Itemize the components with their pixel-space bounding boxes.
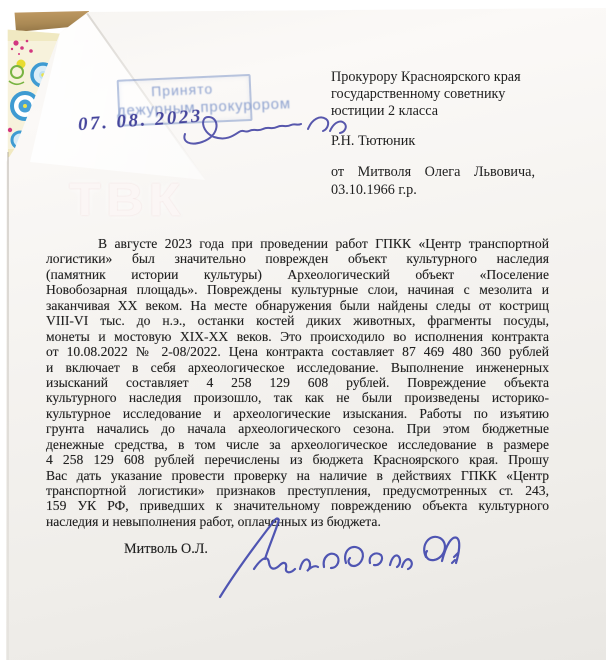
recipient-line: юстиции 2 класса: [331, 103, 537, 120]
body-line: культурное исследование и археологически…: [46, 406, 549, 421]
body-line: Вас дать указание провести проверку на н…: [46, 468, 549, 483]
signoff-name: Митволь О.Л.: [124, 541, 208, 558]
body-line: культурного наследия произошло, так как …: [46, 390, 549, 405]
body-line: 4 258 129 608 рублей перечислены из бюдж…: [46, 452, 549, 467]
recipient-block: Прокурору Красноярского краягосударствен…: [331, 69, 537, 120]
recipient-line: Прокурору Красноярского края: [331, 69, 537, 86]
sender-line: от Митволя Олега Львовича,: [331, 164, 535, 182]
body-line: изысканий составляет 4 258 129 608 рубле…: [46, 375, 549, 390]
body-line: (памятник истории культуры) Археологичес…: [46, 267, 549, 282]
body-line: от 10.08.2022 № 2-08/2022. Цена контракт…: [46, 344, 549, 359]
sender-block: от Митволя Олега Львовича, 03.10.1966 г.…: [331, 164, 535, 199]
body-line: грунта начались до начала археологическо…: [46, 421, 549, 436]
sender-birthdate: 03.10.1966 г.р.: [331, 182, 535, 200]
body-line: денежные средства, в том числе за археол…: [46, 437, 549, 452]
prosecutor-signature-scrawl: [180, 106, 355, 148]
tvk-watermark: ТВК: [69, 177, 186, 223]
body-line: логистики» был значительно поврежден объ…: [46, 251, 549, 266]
scanned-letter-photo: ТВК Прокурору Красноярского краягосударс…: [0, 0, 606, 660]
body-line: В августе 2023 года при проведении работ…: [46, 236, 549, 251]
body-line: заканчивая ХХ веком. На месте обнаружени…: [46, 298, 549, 313]
body-line: и включает в себя археологическое исслед…: [46, 360, 549, 375]
body-line: Новобозарная площадь». Повреждены культу…: [46, 282, 549, 297]
recipient-line: государственному советнику: [331, 86, 537, 103]
letter-body: В августе 2023 года при проведении работ…: [46, 236, 549, 529]
body-line: VIII-VI тыс. до н.э., останки костей дик…: [46, 313, 549, 328]
body-line: монеты и мостовую XIX-XX веков. Это прои…: [46, 329, 549, 344]
body-line: транспортной логистики» признаков престу…: [46, 483, 549, 498]
mitvol-signature-scrawl: [212, 505, 462, 605]
